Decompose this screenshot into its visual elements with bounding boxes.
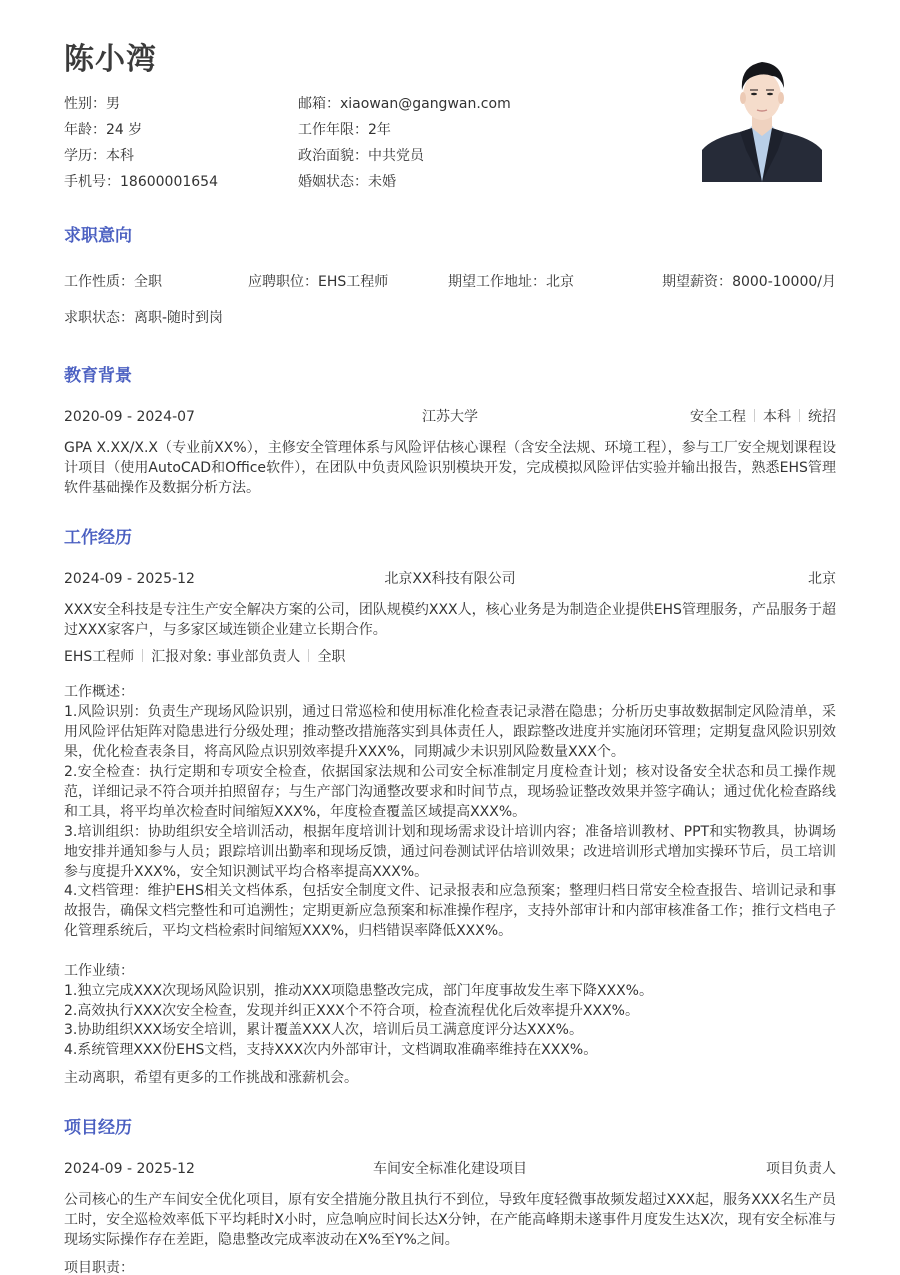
field-label: 求职状态：	[64, 310, 134, 326]
section-title-education: 教育背景	[64, 364, 132, 388]
tag-report-to: 汇报对象: 事业部负责人	[151, 649, 300, 665]
tag-title: EHS工程师	[64, 649, 134, 665]
work-achievement-item: 1.独立完成XXX次现场风险识别，推动XXX项隐患整改完成，部门年度事故发生率下…	[64, 981, 836, 1001]
info-label: 工作年限：	[298, 122, 368, 138]
info-value: 18600001654	[120, 174, 218, 190]
intent-salary: 期望薪资：8000-10000/月	[662, 272, 836, 292]
info-value: 中共党员	[368, 148, 424, 164]
info-work-years: 工作年限：2年	[298, 120, 391, 140]
info-value: 24 岁	[106, 122, 142, 138]
work-achievement-item: 4.系统管理XXX份EHS文档，支持XXX次内外部审计，文档调取准确率维持在XX…	[64, 1040, 836, 1060]
field-value: 全职	[134, 274, 162, 290]
field-label: 期望工作地址：	[448, 274, 546, 290]
info-label: 年龄：	[64, 122, 106, 138]
section-title-job-intent: 求职意向	[64, 224, 132, 248]
work-achievement-item: 2.高效执行XXX次安全检查，发现并纠正XXX个不符合项，检查流程优化后效率提升…	[64, 1001, 836, 1021]
project-duties-label: 项目职责：	[64, 1258, 836, 1275]
work-achievement-item: 3.协助组织XXX场安全培训，累计覆盖XXX人次，培训后员工满意度评分达XXX%…	[64, 1020, 836, 1040]
info-education: 学历：本科	[64, 146, 134, 166]
info-phone: 手机号：18600001654	[64, 172, 218, 192]
work-overview-item: 2.安全检查：执行定期和专项安全检查，依据国家法规和公司安全标准制定月度检查计划…	[64, 762, 836, 822]
info-label: 婚姻状态：	[298, 174, 368, 190]
work-overview-item: 4.文档管理：维护EHS相关文档体系，包括安全制度文件、记录报表和应急预案；整理…	[64, 881, 836, 941]
info-gender: 性别：男	[64, 94, 120, 114]
intent-work-type: 工作性质：全职	[64, 272, 162, 292]
tag-enrollment: 统招	[808, 409, 836, 425]
info-value: 2年	[368, 122, 391, 138]
info-label: 邮箱：	[298, 96, 340, 112]
divider	[799, 409, 800, 422]
intent-position: 应聘职位：EHS工程师	[248, 272, 388, 292]
field-label: 期望薪资：	[662, 274, 732, 290]
info-political-status: 政治面貌：中共党员	[298, 146, 424, 166]
candidate-name: 陈小湾	[64, 40, 157, 80]
info-value: 未婚	[368, 174, 396, 190]
work-leave-reason: 主动离职，希望有更多的工作挑战和涨薪机会。	[64, 1068, 836, 1088]
work-overview-item: 1.风险识别：负责生产现场风险识别，通过日常巡检和使用标准化检查表记录潜在隐患；…	[64, 702, 836, 762]
divider	[754, 409, 755, 422]
tag-degree: 本科	[763, 409, 791, 425]
field-label: 工作性质：	[64, 274, 134, 290]
tag-employment-type: 全职	[317, 649, 345, 665]
field-value: 8000-10000/月	[732, 274, 836, 290]
field-value: 离职-随时到岗	[134, 310, 223, 326]
portrait-icon	[702, 50, 822, 182]
info-value: 本科	[106, 148, 134, 164]
work-tags: EHS工程师汇报对象: 事业部负责人全职	[64, 647, 836, 667]
profile-photo	[702, 50, 822, 182]
info-age: 年龄：24 岁	[64, 120, 142, 140]
info-label: 手机号：	[64, 174, 120, 190]
work-company: 北京XX科技有限公司	[64, 569, 836, 589]
project-name: 车间安全标准化建设项目	[64, 1159, 836, 1179]
project-role: 项目负责人	[766, 1159, 836, 1179]
intent-status: 求职状态：离职-随时到岗	[64, 308, 836, 328]
work-company-description: XXX安全科技是专注生产安全解决方案的公司，团队规模约XXX人，核心业务是为制造…	[64, 600, 836, 640]
divider	[308, 649, 309, 662]
info-value: 男	[106, 96, 120, 112]
info-email: 邮箱：xiaowan@gangwan.com	[298, 94, 511, 114]
info-label: 性别：	[64, 96, 106, 112]
work-achievements-label: 工作业绩：	[64, 961, 836, 981]
info-label: 政治面貌：	[298, 148, 368, 164]
field-value: EHS工程师	[318, 274, 388, 290]
intent-location: 期望工作地址：北京	[448, 272, 574, 292]
field-label: 应聘职位：	[248, 274, 318, 290]
info-marital-status: 婚姻状态：未婚	[298, 172, 396, 192]
education-tags: 安全工程本科统招	[690, 407, 836, 427]
work-location: 北京	[808, 569, 836, 589]
info-value[interactable]: xiaowan@gangwan.com	[340, 96, 511, 112]
project-description: 公司核心的生产车间安全优化项目，原有安全措施分散且执行不到位，导致年度轻微事故频…	[64, 1190, 836, 1250]
section-title-work: 工作经历	[64, 526, 132, 550]
work-overview-label: 工作概述：	[64, 682, 836, 702]
tag-major: 安全工程	[690, 409, 746, 425]
field-value: 北京	[546, 274, 574, 290]
section-title-project: 项目经历	[64, 1116, 132, 1140]
education-description: GPA X.XX/X.X（专业前XX%），主修安全管理体系与风险评估核心课程（含…	[64, 438, 836, 498]
divider	[142, 649, 143, 662]
info-label: 学历：	[64, 148, 106, 164]
work-overview-item: 3.培训组织：协助组织安全培训活动，根据年度培训计划和现场需求设计培训内容；准备…	[64, 822, 836, 882]
